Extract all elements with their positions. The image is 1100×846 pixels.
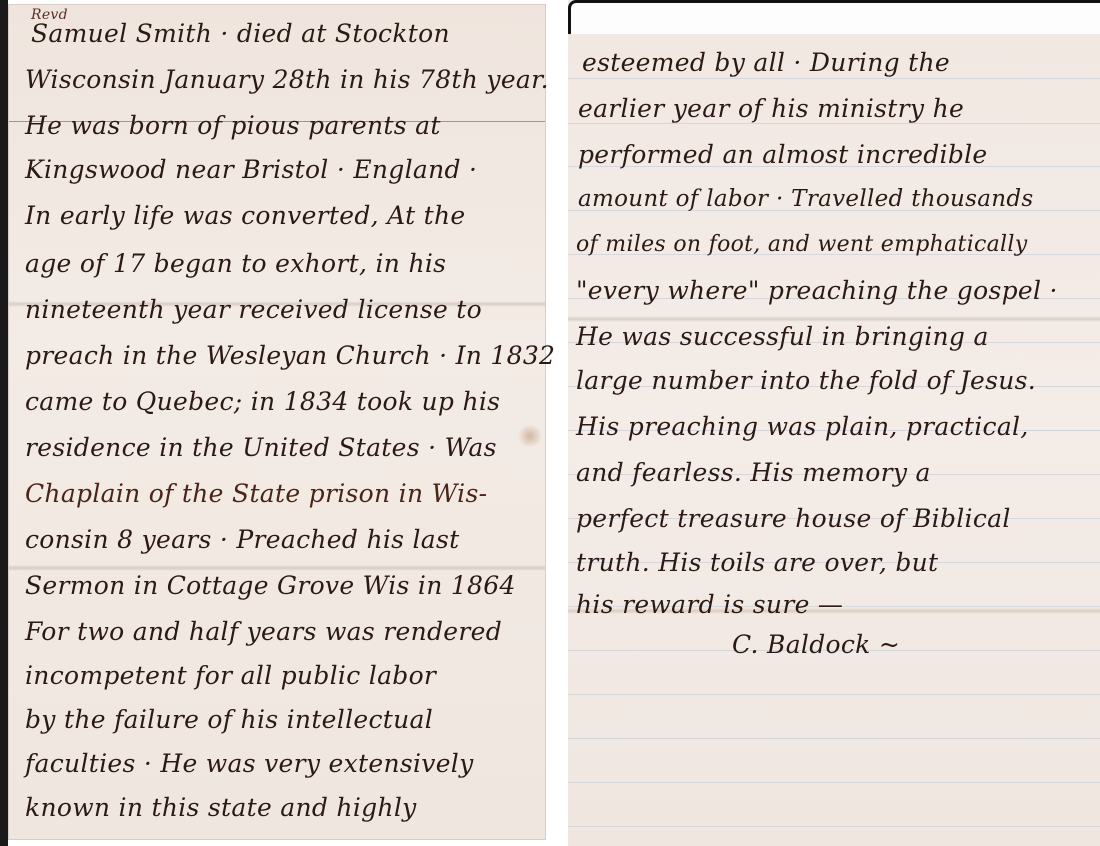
ruled-line	[568, 782, 1100, 783]
text-line: his reward is sure —	[576, 590, 843, 619]
text-line: Wisconsin January 28th in his 78th year.	[25, 65, 549, 94]
text-line: perfect treasure house of Biblical	[576, 504, 1011, 533]
text-line: esteemed by all · During the	[582, 48, 950, 77]
text-line: Chaplain of the State prison in Wis-	[25, 479, 487, 508]
text-line: consin 8 years · Preached his last	[25, 525, 460, 554]
text-line: came to Quebec; in 1834 took up his	[25, 387, 500, 416]
text-line: age of 17 began to exhort, in his	[25, 249, 446, 278]
text-line: In early life was converted, At the	[25, 201, 466, 230]
ruled-line	[568, 738, 1100, 739]
text-line: For two and half years was rendered	[25, 617, 502, 646]
text-line: truth. His toils are over, but	[576, 548, 938, 577]
signature: C. Baldock ~	[732, 630, 900, 659]
text-line: faculties · He was very extensively	[25, 749, 474, 778]
text-line: Sermon in Cottage Grove Wis in 1864	[25, 571, 516, 600]
scan-top-margin	[568, 0, 1100, 34]
page-gap	[546, 0, 568, 846]
text-line: known in this state and highly	[25, 793, 417, 822]
text-line: earlier year of his ministry he	[578, 94, 964, 123]
scan-edge-shadow	[0, 0, 8, 846]
text-line: He was successful in bringing a	[576, 322, 989, 351]
text-line: performed an almost incredible	[578, 140, 988, 169]
ruled-line	[568, 694, 1100, 695]
text-line: of miles on foot, and went emphatically	[576, 232, 1027, 257]
text-line: His preaching was plain, practical,	[576, 412, 1029, 441]
ink-stain	[517, 425, 543, 447]
text-line: preach in the Wesleyan Church · In 1832	[25, 341, 555, 370]
text-line: incompetent for all public labor	[25, 661, 436, 690]
text-line: Samuel Smith · died at Stockton	[31, 19, 450, 48]
manuscript-page-right: esteemed by all · During the earlier yea…	[568, 0, 1100, 846]
text-line: He was born of pious parents at	[25, 111, 441, 140]
text-line: Kingswood near Bristol · England ·	[25, 155, 477, 184]
text-line: nineteenth year received license to	[25, 295, 482, 324]
manuscript-page-left: Revd Samuel Smith · died at Stockton Wis…	[8, 4, 546, 840]
ruled-line	[568, 826, 1100, 827]
text-line: residence in the United States · Was	[25, 433, 497, 462]
ruled-line	[568, 78, 1100, 79]
text-line: "every where" preaching the gospel ·	[576, 276, 1058, 305]
text-line: large number into the fold of Jesus.	[576, 366, 1036, 395]
text-line: by the failure of his intellectual	[25, 705, 433, 734]
ruled-line	[568, 123, 1100, 124]
text-line: amount of labor · Travelled thousands	[578, 186, 1033, 212]
text-line: and fearless. His memory a	[576, 458, 931, 487]
